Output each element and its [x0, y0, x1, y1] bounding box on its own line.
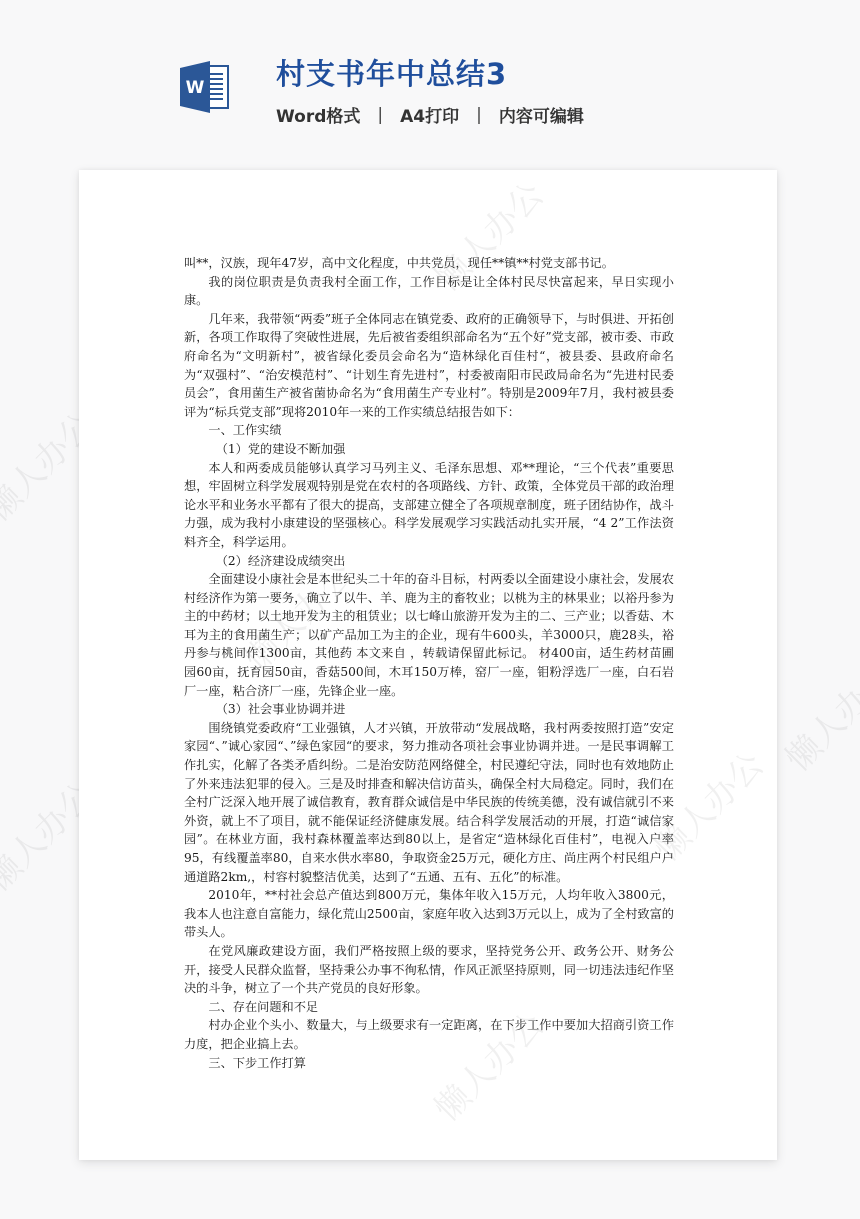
paragraph: 本人和两委成员能够认真学习马列主义、毛泽东思想、邓**理论，“三个代表”重要思想… — [184, 459, 674, 552]
meta-separator: | — [476, 105, 482, 125]
paragraph: 村办企业个头小、数量大，与上级要求有一定距离，在下步工作中要加大招商引资工作力度… — [184, 1016, 674, 1053]
meta-print: A4打印 — [400, 102, 459, 127]
paragraph: 几年来，我带领“两委”班子全体同志在镇党委、政府的正确领导下，与时俱进、开拓创新… — [184, 310, 674, 422]
paragraph: 在党风廉政建设方面，我们严格按照上级的要求，坚持党务公开、政务公开、财务公开，接… — [184, 942, 674, 998]
section-heading: 二、存在问题和不足 — [184, 998, 674, 1017]
paragraph: 全面建设小康社会是本世纪头二十年的奋斗目标，村两委以全面建设小康社会，发展农村经… — [184, 570, 674, 700]
word-document-icon: W — [176, 58, 232, 114]
document-meta: Word格式 | A4打印 | 内容可编辑 — [276, 102, 584, 127]
meta-separator: | — [377, 105, 383, 125]
section-heading: 一、工作实绩 — [184, 421, 674, 440]
subsection-heading: （2）经济建设成绩突出 — [184, 552, 674, 571]
paragraph: 2010年，**村社会总产值达到800万元，集体年收入15万元，人均年收入380… — [184, 886, 674, 942]
document-title: 村支书年中总结3 — [276, 52, 507, 93]
document-page: 懒人办公 懒人办公 懒人办公 懒人办公 叫**，汉族，现年47岁，高中文化程度，… — [79, 170, 777, 1160]
meta-editable: 内容可编辑 — [499, 102, 584, 127]
subsection-heading: （1）党的建设不断加强 — [184, 440, 674, 459]
paragraph: 叫**，汉族，现年47岁，高中文化程度，中共党员，现任**镇**村党支部书记。 — [184, 254, 674, 273]
section-heading: 三、下步工作打算 — [184, 1054, 674, 1073]
paragraph: 我的岗位职责是负责我村全面工作，工作目标是让全体村民尽快富起来，早日实现小康。 — [184, 273, 674, 310]
subsection-heading: （3）社会事业协调并进 — [184, 700, 674, 719]
watermark: 懒人办公 — [773, 649, 860, 780]
meta-format: Word格式 — [276, 102, 360, 127]
document-header: W 村支书年中总结3 Word格式 | A4打印 | 内容可编辑 — [0, 0, 860, 170]
svg-text:W: W — [186, 78, 205, 98]
document-body: 叫**，汉族，现年47岁，高中文化程度，中共党员，现任**镇**村党支部书记。 … — [184, 254, 674, 1072]
paragraph: 围绕镇党委政府“工业强镇，人才兴镇，开放带动“发展战略，我村两委按照打造”安定家… — [184, 719, 674, 886]
